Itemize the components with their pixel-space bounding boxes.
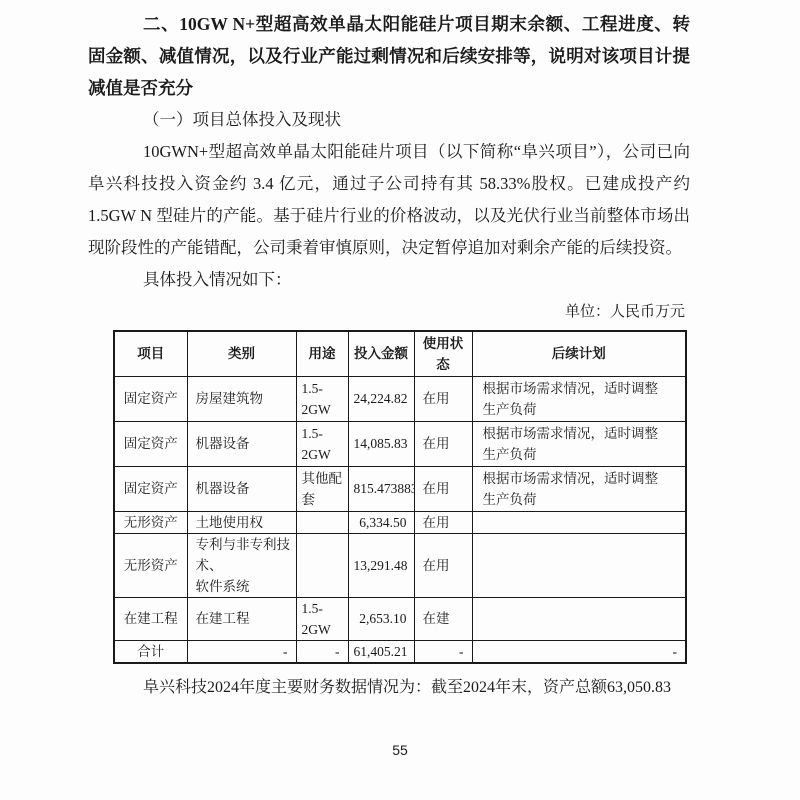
table-cell: 61,405.21 [348, 640, 414, 663]
table-cell: - [187, 640, 296, 663]
table-cell: 14,085.83 [348, 421, 414, 466]
table-cell: - [296, 640, 348, 663]
column-header: 投入金额 [348, 331, 414, 376]
table-cell: 固定资产 [114, 466, 187, 511]
table-cell: 在用 [414, 421, 472, 466]
table-cell: 在建工程 [187, 597, 296, 640]
table-row: 固定资产房屋建筑物1.5-2GW24,224.82在用根据市场需求情况，适时调整… [114, 376, 686, 421]
column-header: 后续计划 [472, 331, 686, 376]
table-cell: 固定资产 [114, 421, 187, 466]
investment-table: 项目类别用途投入金额使用状态后续计划 固定资产房屋建筑物1.5-2GW24,22… [113, 330, 687, 664]
table-cell: 815.473883 [348, 466, 414, 511]
body-paragraph: 10GWN+型超高效单晶太阳能硅片项目（以下简称“阜兴项目”），公司已向阜兴科技… [88, 136, 690, 264]
table-cell: 无形资产 [114, 511, 187, 533]
table-intro-text: 具体投入情况如下： [88, 264, 690, 296]
footer-paragraph: 阜兴科技2024年度主要财务数据情况为：截至2024年末，资产总额63,050.… [88, 676, 690, 700]
table-row: 固定资产机器设备1.5-2GW14,085.83在用根据市场需求情况，适时调整 … [114, 421, 686, 466]
table-cell: 房屋建筑物 [187, 376, 296, 421]
section-heading: 二、10GW N+型超高效单晶太阳能硅片项目期末余额、工程进度、转固金额、减值情… [88, 8, 690, 104]
table-row: 无形资产专利与非专利技术、 软件系统13,291.48在用 [114, 533, 686, 597]
table-cell: 在建 [414, 597, 472, 640]
table-cell: 机器设备 [187, 466, 296, 511]
total-row: 合计--61,405.21-- [114, 640, 686, 663]
table-cell: 1.5-2GW [296, 376, 348, 421]
table-cell [472, 511, 686, 533]
table-cell [472, 533, 686, 597]
table-cell: 1.5-2GW [296, 421, 348, 466]
table-header-row: 项目类别用途投入金额使用状态后续计划 [114, 331, 686, 376]
table-cell: 根据市场需求情况，适时调整 生产负荷 [472, 376, 686, 421]
column-header: 使用状态 [414, 331, 472, 376]
table-cell: 2,653.10 [348, 597, 414, 640]
table-cell: 专利与非专利技术、 软件系统 [187, 533, 296, 597]
table-cell [472, 597, 686, 640]
table-cell: 在用 [414, 533, 472, 597]
table-cell: - [414, 640, 472, 663]
table-cell: 在建工程 [114, 597, 187, 640]
table-cell: - [472, 640, 686, 663]
table-row: 在建工程在建工程1.5-2GW2,653.10在建 [114, 597, 686, 640]
table-cell [296, 511, 348, 533]
table-cell: 机器设备 [187, 421, 296, 466]
table-cell: 无形资产 [114, 533, 187, 597]
table-cell: 合计 [114, 640, 187, 663]
table-cell: 在用 [414, 466, 472, 511]
table-cell: 13,291.48 [348, 533, 414, 597]
column-header: 用途 [296, 331, 348, 376]
table-cell: 固定资产 [114, 376, 187, 421]
table-cell: 1.5-2GW [296, 597, 348, 640]
column-header: 类别 [187, 331, 296, 376]
table-row: 固定资产机器设备其他配套815.473883在用根据市场需求情况，适时调整 生产… [114, 466, 686, 511]
unit-note: 单位：人民币万元 [88, 300, 685, 324]
table-cell: 在用 [414, 511, 472, 533]
page-content: 二、10GW N+型超高效单晶太阳能硅片项目期末余额、工程进度、转固金额、减值情… [0, 0, 800, 700]
table-cell: 在用 [414, 376, 472, 421]
table-body: 固定资产房屋建筑物1.5-2GW24,224.82在用根据市场需求情况，适时调整… [114, 376, 686, 663]
table-cell: 土地使用权 [187, 511, 296, 533]
table-cell [296, 533, 348, 597]
table-cell: 根据市场需求情况，适时调整 生产负荷 [472, 466, 686, 511]
column-header: 项目 [114, 331, 187, 376]
table-cell: 6,334.50 [348, 511, 414, 533]
table-row: 无形资产土地使用权6,334.50在用 [114, 511, 686, 533]
table-cell: 根据市场需求情况，适时调整 生产负荷 [472, 421, 686, 466]
subsection-heading: （一）项目总体投入及现状 [88, 104, 690, 136]
table-cell: 24,224.82 [348, 376, 414, 421]
page-number: 55 [0, 742, 800, 758]
document-page: 二、10GW N+型超高效单晶太阳能硅片项目期末余额、工程进度、转固金额、减值情… [0, 0, 800, 800]
table-cell: 其他配套 [296, 466, 348, 511]
